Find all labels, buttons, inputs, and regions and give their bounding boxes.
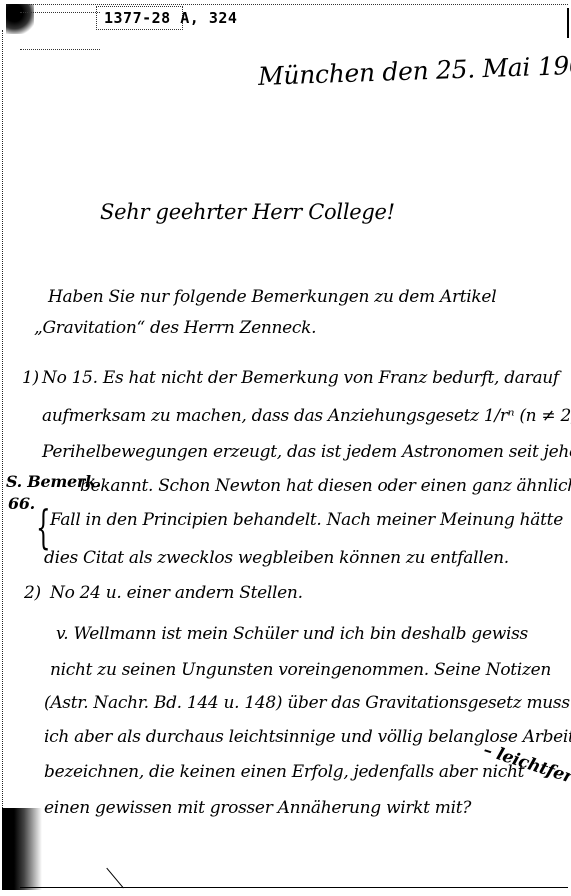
intro-line: Haben Sie nur folgende Bemerkungen zu de… xyxy=(48,287,496,307)
item-line: No 15. Es hat nicht der Bemerkung von Fr… xyxy=(42,368,559,388)
scan-top-edge xyxy=(20,4,568,5)
margin-brace: { xyxy=(36,500,50,554)
archive-reference: 1377-28 A, 324 xyxy=(104,9,237,27)
item-number: 1) xyxy=(22,368,39,388)
item-line: dies Citat als zwecklos wegbleiben könne… xyxy=(44,548,509,568)
scan-corner-shadow-bottom-left xyxy=(2,808,42,890)
item-line: v. Wellmann ist mein Schüler und ich bin… xyxy=(56,624,528,644)
item-line: einen gewissen mit grosser Annäherung wi… xyxy=(44,798,471,818)
scan-scratch-mark xyxy=(106,854,140,889)
margin-note: 66. xyxy=(8,494,35,513)
item-number: 2) xyxy=(24,583,41,603)
intro-line: „Gravitation“ des Herrn Zenneck. xyxy=(34,318,316,338)
item-line: aufmerksam zu machen, dass das Anziehung… xyxy=(42,406,571,426)
scan-right-edge xyxy=(563,8,569,38)
item-line: Fall in den Principien behandelt. Nach m… xyxy=(50,510,563,530)
scan-ruled-box xyxy=(20,12,100,50)
item-line: (Astr. Nachr. Bd. 144 u. 148) über das G… xyxy=(44,693,570,713)
item-line: Perihelbewegungen erzeugt, das ist jedem… xyxy=(42,442,571,462)
salutation: Sehr geehrter Herr College! xyxy=(100,200,395,224)
item-line: bekannt. Schon Newton hat diesen oder ei… xyxy=(80,476,571,496)
item-line: No 24 u. einer andern Stellen. xyxy=(50,583,303,603)
item-line: nicht zu seinen Ungunsten voreingenommen… xyxy=(50,660,551,680)
scan-left-edge xyxy=(2,30,6,830)
item-line: bezeichnen, die keinen einen Erfolg, jed… xyxy=(44,762,524,782)
scan-bottom-edge xyxy=(20,887,568,888)
place-date: München den 25. Mai 1902 xyxy=(258,50,571,91)
letter-page: 1377-28 A, 324 München den 25. Mai 1902 … xyxy=(0,0,571,896)
